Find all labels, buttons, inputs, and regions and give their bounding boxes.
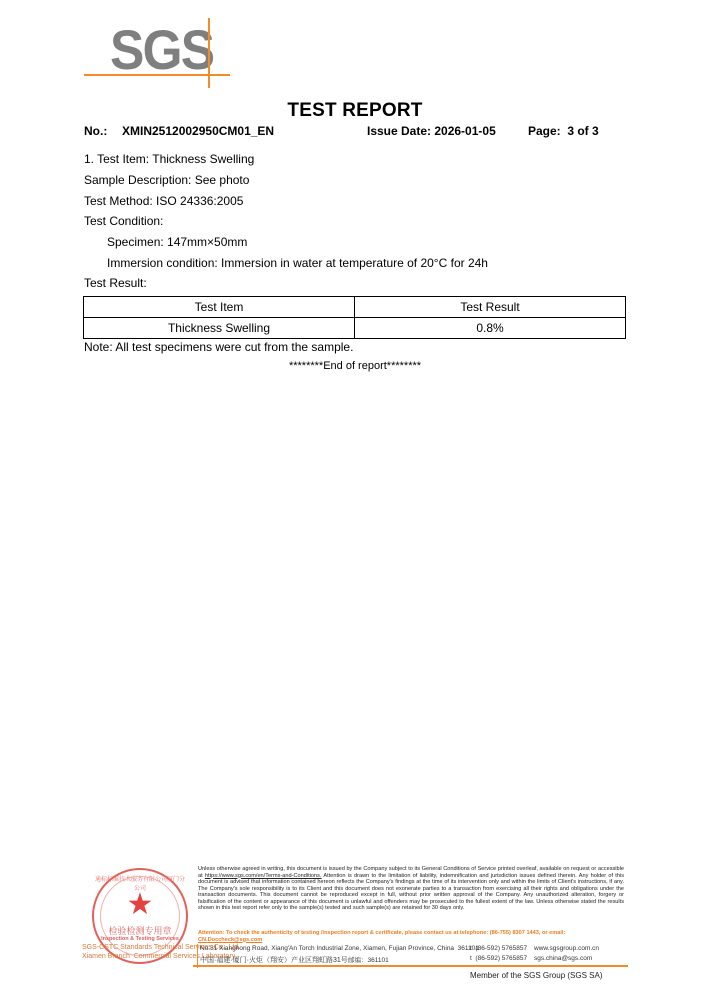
website-link[interactable]: www.sgsgroup.com.cn: [534, 945, 599, 952]
postcode-cn: 邮编：361101: [348, 955, 389, 964]
report-number-label: No.:: [84, 124, 107, 138]
test-result-label: Test Result:: [84, 276, 147, 290]
footer-divider: [193, 965, 628, 967]
doccheck-email-link[interactable]: CN.Doccheck@sgs.com: [198, 937, 262, 943]
report-number: XMIN2512002950CM01_EN: [122, 124, 274, 138]
note: Note: All test specimens were cut from t…: [84, 340, 353, 354]
issue-date: Issue Date: 2026-01-05: [367, 124, 496, 138]
disclaimer-text-2: Attention is drawn to the limitation of …: [198, 873, 624, 912]
sgs-logo: SGS: [84, 18, 234, 80]
telephone-1: t (86-592) 5765857: [470, 945, 527, 952]
member-statement: Member of the SGS Group (SGS SA): [470, 971, 603, 980]
address-en: No.31 Xianghong Road, Xiang'An Torch Ind…: [200, 945, 479, 952]
table-cell-test-result: 0.8%: [355, 318, 626, 339]
result-table: Test Item Test Result Thickness Swelling…: [83, 296, 626, 339]
email-link[interactable]: sgs.china@sgs.com: [534, 955, 592, 962]
end-of-report: ********End of report********: [0, 360, 710, 372]
report-title: TEST REPORT: [0, 100, 710, 122]
authenticity-attention: Attention: To check the authenticity of …: [198, 930, 624, 943]
logo-text: SGS: [110, 22, 213, 78]
page-number: Page: 3 of 3: [528, 124, 599, 138]
sample-description-line: Sample Description: See photo: [84, 173, 249, 187]
table-header-test-item: Test Item: [84, 297, 355, 318]
test-item-line: 1. Test Item: Thickness Swelling: [84, 152, 254, 166]
disclaimer: Unless otherwise agreed in writing, this…: [198, 866, 624, 912]
logo-vertical-line: [208, 18, 210, 88]
telephone-2: t (86-592) 5765857: [470, 955, 527, 962]
stamp-en-label: Inspection & Testing Services: [94, 936, 186, 942]
attention-text: Attention: To check the authenticity of …: [198, 930, 565, 936]
test-condition-label: Test Condition:: [84, 214, 163, 228]
immersion-condition-line: Immersion condition: Immersion in water …: [107, 256, 488, 270]
table-header-test-result: Test Result: [355, 297, 626, 318]
table-cell-test-item: Thickness Swelling: [84, 318, 355, 339]
address-cn: 中国·福建·厦门·火炬（翔安）产业区翔虹路31号: [200, 955, 348, 965]
terms-link[interactable]: https://www.sgs.com/en/Terms-and-Conditi…: [205, 873, 322, 879]
test-method-line: Test Method: ISO 24336:2005: [84, 194, 243, 208]
table-header-row: Test Item Test Result: [84, 297, 626, 318]
star-icon: ★: [94, 890, 186, 920]
specimen-line: Specimen: 147mm×50mm: [107, 235, 247, 249]
table-row: Thickness Swelling 0.8%: [84, 318, 626, 339]
